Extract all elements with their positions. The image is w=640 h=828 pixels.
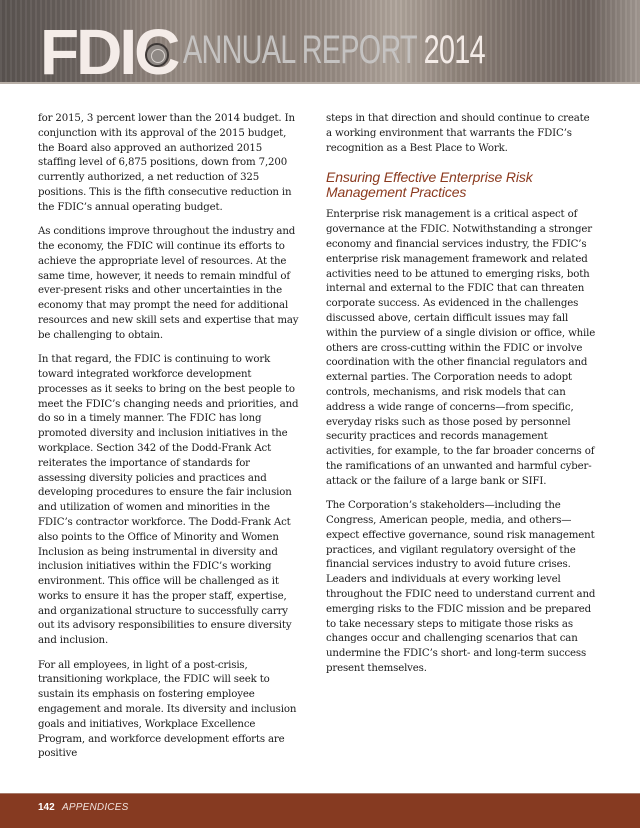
fdic-seal-icon xyxy=(145,43,169,67)
left-column: for 2015, 3 percent lower than the 2014 … xyxy=(38,112,300,772)
paragraph: Enterprise risk management is a critical… xyxy=(326,208,598,489)
section-label: APPENDICES xyxy=(62,802,128,813)
section-heading: Ensuring Effective Enterprise Risk Manag… xyxy=(326,170,598,200)
report-year: 2014 xyxy=(424,28,485,72)
paragraph: The Corporation’s stakeholders—including… xyxy=(326,499,598,677)
paragraph: steps in that direction and should conti… xyxy=(326,112,598,156)
right-column: steps in that direction and should conti… xyxy=(326,112,598,686)
page-number: 142 xyxy=(38,802,55,813)
page-header-banner: FDIC ANNUAL REPORT 2014 xyxy=(0,0,640,84)
paragraph: As conditions improve throughout the ind… xyxy=(38,225,300,343)
report-title: ANNUAL REPORT 2014 xyxy=(183,25,485,75)
paragraph: In that regard, the FDIC is continuing t… xyxy=(38,353,300,649)
paragraph: for 2015, 3 percent lower than the 2014 … xyxy=(38,112,300,216)
report-title-text: ANNUAL REPORT xyxy=(183,28,416,72)
page-footer: 142 APPENDICES xyxy=(0,793,640,828)
paragraph: For all employees, in light of a post-cr… xyxy=(38,659,300,763)
